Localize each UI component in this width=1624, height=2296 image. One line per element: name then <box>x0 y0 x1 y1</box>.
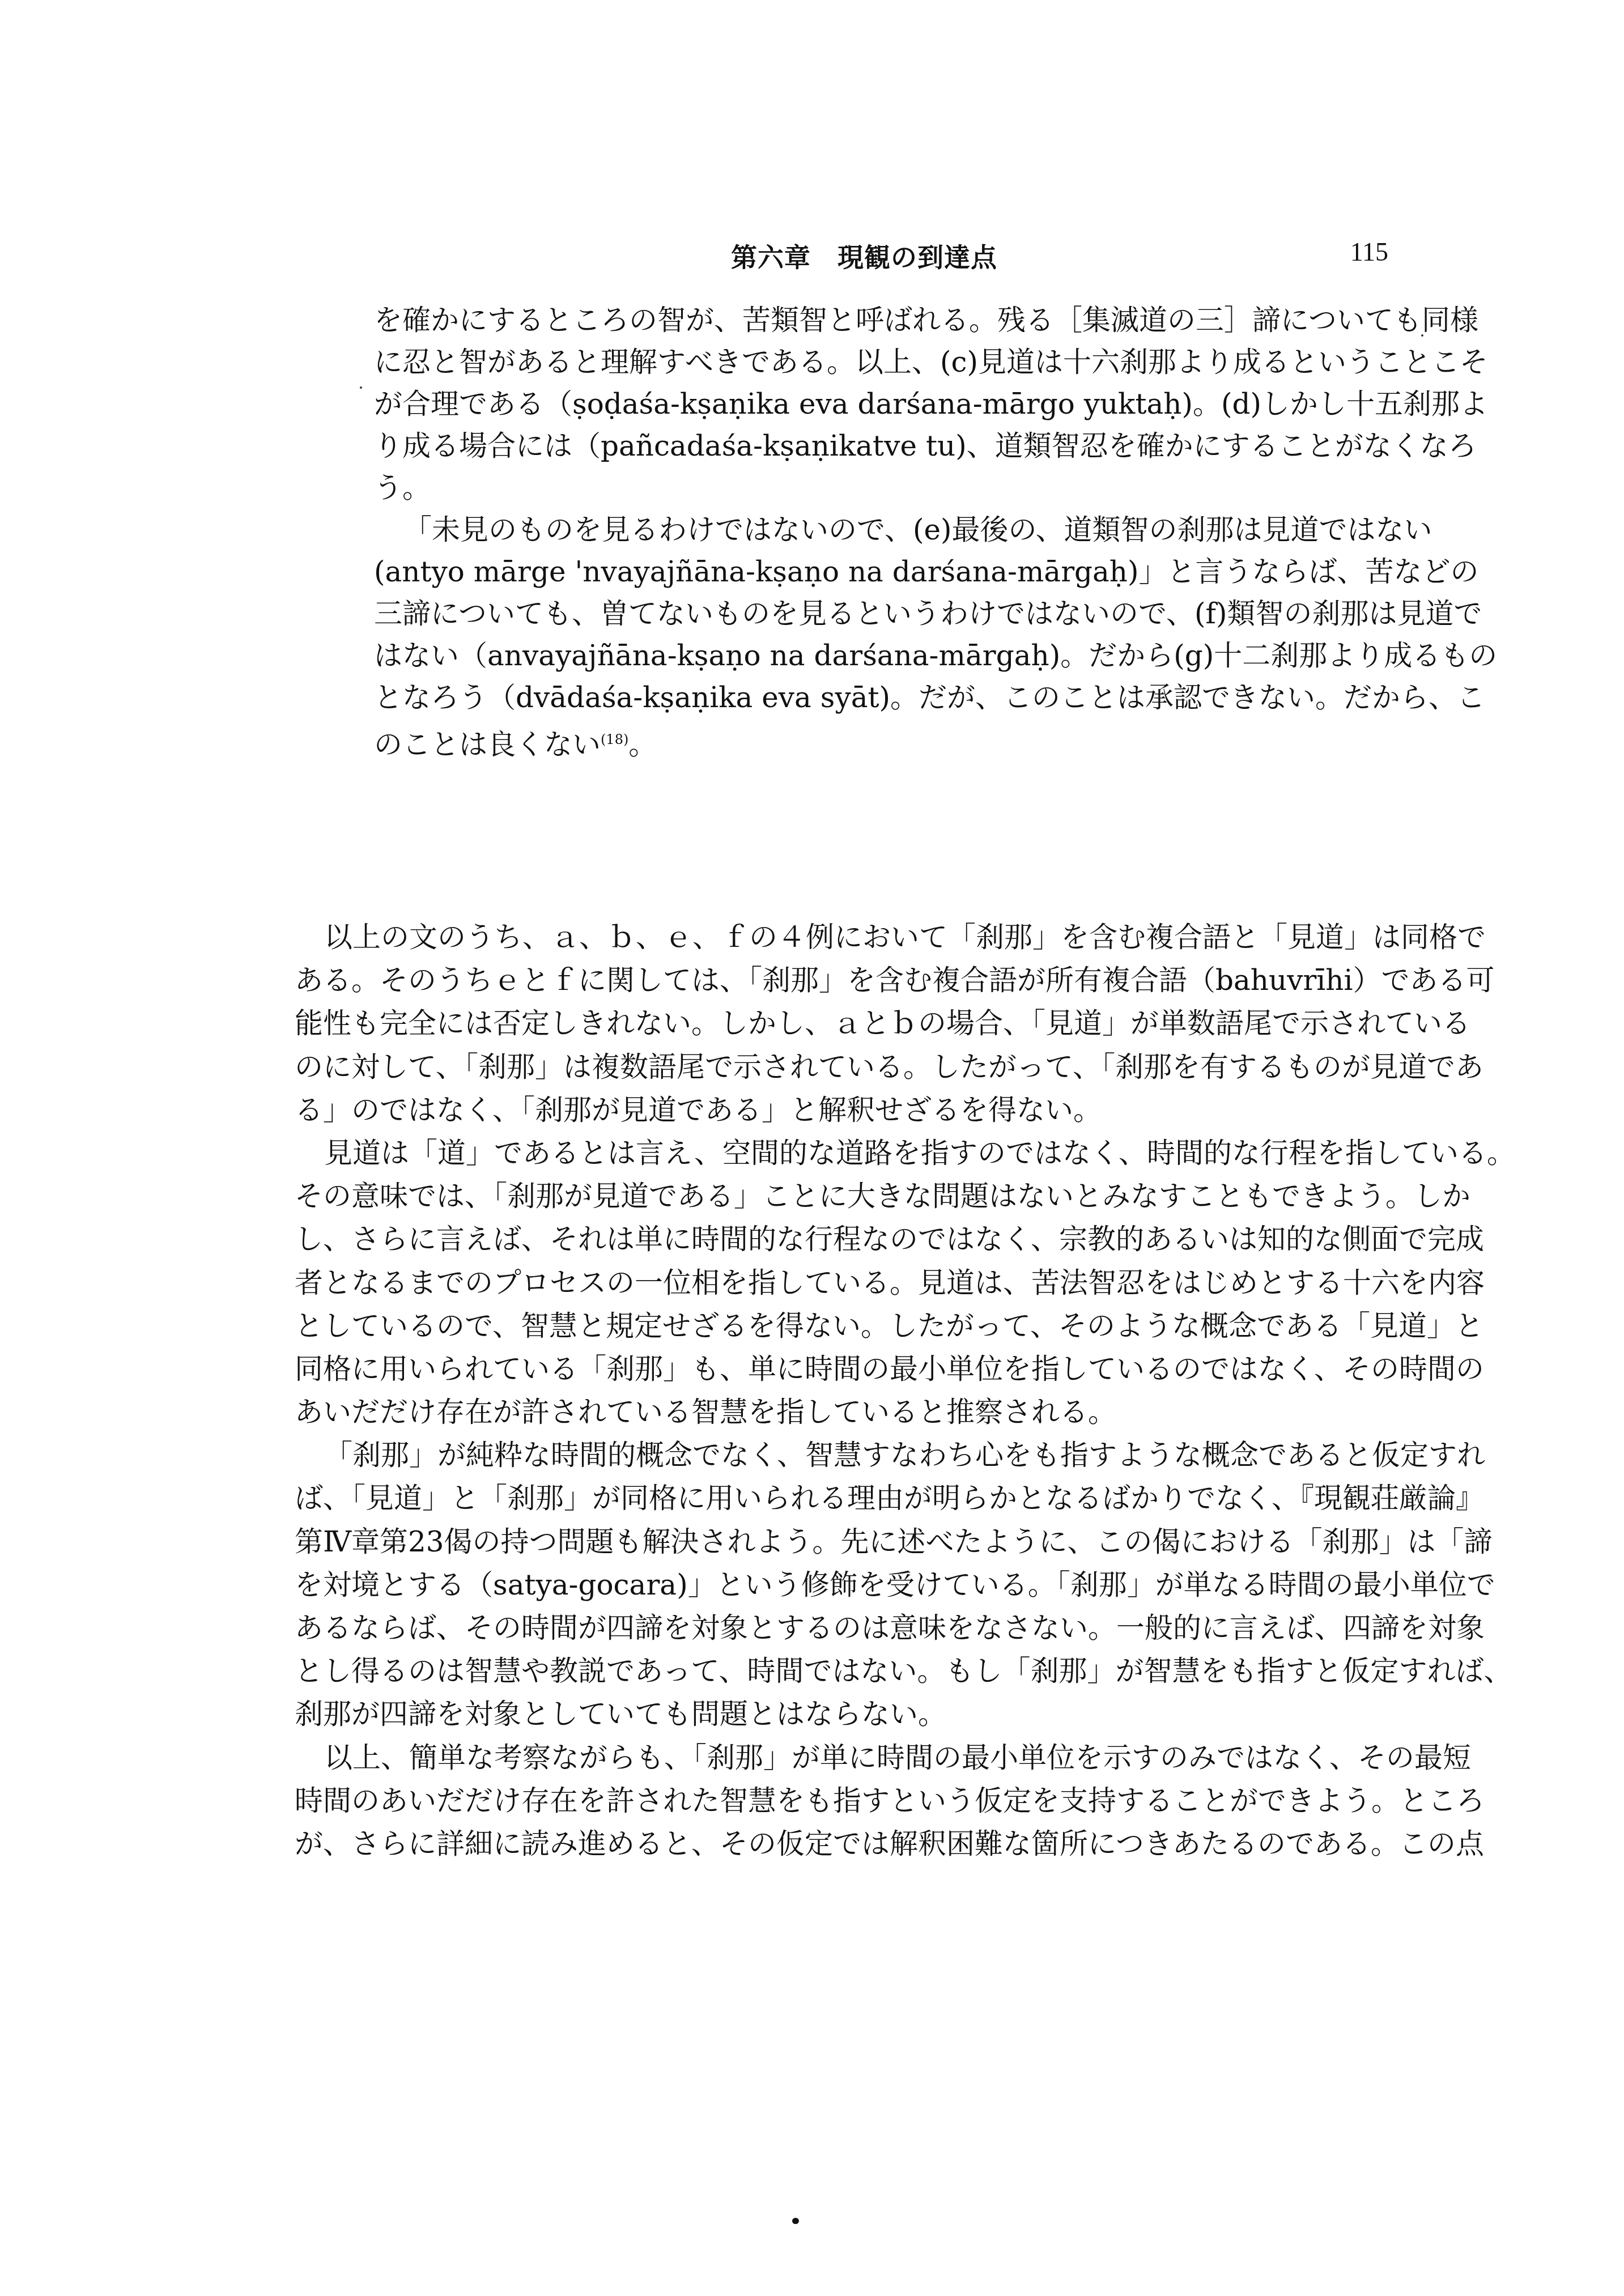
body-line: 時間のあいだだけ存在を許された智慧をも指すという仮定を支持することができよう。と… <box>295 1779 1397 1822</box>
body-line: 以上の文のうち、ａ、ｂ、ｅ、ｆの４例において「刹那」を含む複合語と「見道」は同格… <box>295 916 1397 959</box>
body-line: 者となるまでのプロセスの一位相を指している。見道は、苦法智忍をはじめとする十六を… <box>295 1261 1397 1304</box>
running-header: 第六章 現観の到達点 115 <box>731 237 1388 277</box>
footnote-ref[interactable]: (18) <box>601 732 628 747</box>
body-line: が、さらに詳細に読み進めると、その仮定では解釈困難な箇所につきあたるのである。こ… <box>295 1822 1397 1865</box>
body-line: 「刹那」が純粋な時間的概念でなく、智慧すなわち心をも指すような概念であると仮定す… <box>295 1434 1397 1477</box>
body-line: のに対して、「刹那」は複数語尾で示されている。したがって、「刹那を有するものが見… <box>295 1045 1397 1089</box>
body-line: あるならば、その時間が四諦を対象とするのは意味をなさない。一般的に言えば、四諦を… <box>295 1606 1397 1649</box>
body-line: 以上、簡単な考察ながらも、「刹那」が単に時間の最小単位を示すのみではなく、その最… <box>295 1736 1397 1779</box>
body-text: 以上の文のうち、ａ、ｂ、ｅ、ｆの４例において「刹那」を含む複合語と「見道」は同格… <box>295 916 1397 1865</box>
body-line: 同格に用いられている「刹那」も、単に時間の最小単位を指しているのではなく、その時… <box>295 1347 1397 1391</box>
block-line: が合理である（ṣoḍaśa-kṣaṇika eva darśana-mārgo … <box>374 383 1394 425</box>
block-line: 「未見のものを見るわけではないので、(e)最後の、道類智の刹那は見道ではない <box>374 509 1394 551</box>
chapter-title: 第六章 現観の到達点 <box>731 237 997 274</box>
block-line: を確かにするところの智が、苦類智と呼ばれる。残る［集滅道の三］諦についても同様 <box>374 299 1394 341</box>
body-line: 見道は「道」であるとは言え、空間的な道路を指すのではなく、時間的な行程を指してい… <box>295 1132 1397 1175</box>
scan-speck <box>1421 334 1423 337</box>
body-line: ば、「見道」と「刹那」が同格に用いられる理由が明らかとなるばかりでなく、『現観荘… <box>295 1477 1397 1520</box>
block-line: (antyo mārge 'nvayajñāna-kṣaṇo na darśan… <box>374 551 1394 593</box>
final-punct: 。 <box>628 728 657 761</box>
body-line: とし得るのは智慧や教説であって、時間ではない。もし「刹那」が智慧をも指すと仮定す… <box>295 1649 1397 1693</box>
block-line: り成る場合には（pañcadaśa-kṣaṇikatve tu)、道類智忍を確か… <box>374 425 1394 467</box>
body-line: ある。そのうちｅとｆに関しては、「刹那」を含む複合語が所有複合語（bahuvrī… <box>295 959 1397 1002</box>
body-line: る」のではなく、「刹那が見道である」と解釈せざるを得ない。 <box>295 1089 1397 1132</box>
block-line: う。 <box>374 467 1394 509</box>
body-line: その意味では、「刹那が見道である」ことに大きな問題はないとみなすこともできよう。… <box>295 1175 1397 1218</box>
block-last-line: のことは良くない(18)。 <box>374 718 1394 760</box>
block-line: に忍と智があると理解すべきである。以上、(c)見道は十六刹那より成るということこ… <box>374 341 1394 383</box>
body-line: し、さらに言えば、それは単に時間的な行程なのではなく、宗教的あるいは知的な側面で… <box>295 1218 1397 1261</box>
bottom-dot-mark <box>792 2218 799 2224</box>
page-number: 115 <box>1350 237 1388 267</box>
quoted-translation-block: を確かにするところの智が、苦類智と呼ばれる。残る［集滅道の三］諦についても同様 … <box>374 299 1394 760</box>
block-line: となろう（dvādaśa-kṣaṇika eva syāt)。だが、このことは承… <box>374 677 1394 718</box>
body-line: 刹那が四諦を対象としていても問題とはならない。 <box>295 1693 1397 1736</box>
body-line: としているので、智慧と規定せざるを得ない。したがって、そのような概念である「見道… <box>295 1304 1397 1347</box>
block-line-text: のことは良くない <box>374 728 601 761</box>
body-line: あいだだけ存在が許されている智慧を指していると推察される。 <box>295 1391 1397 1434</box>
body-line: 能性も完全には否定しきれない。しかし、ａとｂの場合、「見道」が単数語尾で示されて… <box>295 1002 1397 1045</box>
body-line: 第Ⅳ章第23偈の持つ問題も解決されよう。先に述べたように、この偈における「刹那」… <box>295 1520 1397 1563</box>
scan-speck <box>360 386 362 389</box>
block-line: 三諦についても、曽てないものを見るというわけではないので、(f)類智の刹那は見道… <box>374 593 1394 635</box>
block-line: はない（anvayajñāna-kṣaṇo na darśana-mārgaḥ)… <box>374 635 1394 677</box>
body-line: を対境とする（satya-gocara)」という修飾を受けている。「刹那」が単な… <box>295 1563 1397 1606</box>
